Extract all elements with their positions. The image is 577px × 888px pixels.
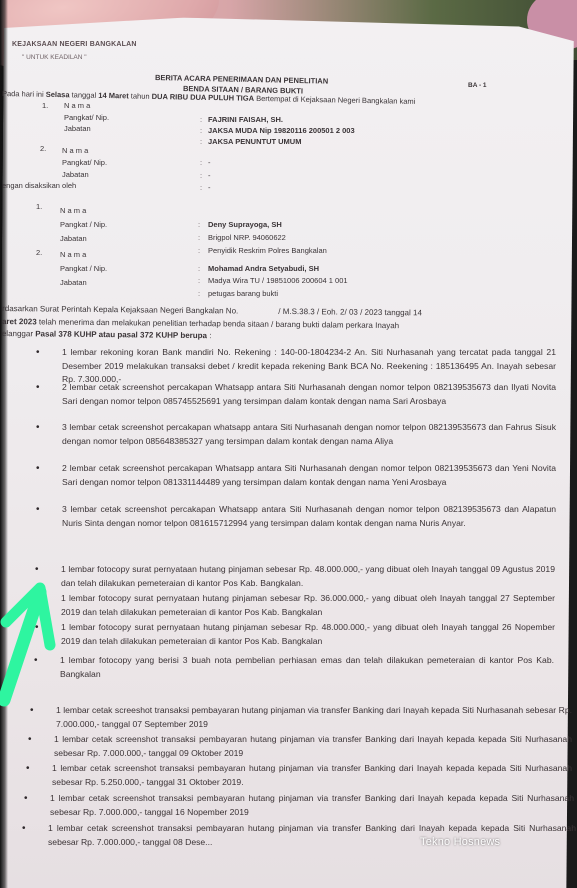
watermark: Tekno Hosnews (420, 836, 500, 848)
form-code: BA - 1 (468, 82, 487, 89)
evidence-item: •1 lembar cetak screenshot transaksi pem… (54, 733, 572, 760)
year: DUA RIBU DUA PULUH TIGA (152, 92, 255, 103)
official-1-position: JAKSA PENUNTUT UMUM (208, 137, 301, 146)
evidence-item: •1 lembar fotocopy surat pernyataan huta… (61, 621, 555, 648)
document-title: BERITA ACARA PENERIMAAN DAN PENELITIAN (155, 73, 328, 86)
bullet-icon: • (28, 733, 32, 747)
institution-name: KEJAKSAAN NEGERI BANGKALAN (12, 41, 137, 48)
evidence-item: •1 lembar fotocopy yang berisi 3 buah no… (60, 654, 554, 681)
evidence-item: •1 lembar fotocopy surat pernyataan huta… (61, 563, 555, 590)
bullet-icon: • (36, 462, 40, 476)
basis-paragraph: rdasarkan Surat Perintah Kepala Kejaksaa… (2, 303, 562, 346)
bullet-icon: • (36, 381, 40, 395)
bullet-icon: • (35, 563, 39, 577)
evidence-item: 1 lembar fotocopy surat pernyataan hutan… (61, 592, 555, 619)
day: Selasa (46, 90, 70, 99)
document: KEJAKSAAN NEGERI BANGKALAN " UNTUK KEADI… (0, 0, 577, 888)
bullet-icon: • (26, 762, 30, 776)
evidence-item: •1 lembar cetak screeshot transaksi pemb… (56, 704, 572, 731)
evidence-item: •2 lembar cetak screenshot percakapan Wh… (62, 381, 556, 408)
bullet-icon: • (22, 822, 26, 836)
witness-1-name: Deny Suprayoga, SH (208, 220, 282, 229)
official-1-name: FAJRINI FAISAH, SH. (208, 115, 283, 124)
evidence-item: •2 lembar cetak screenshot percakapan Wh… (62, 462, 556, 489)
evidence-item: •1 lembar cetak screenshot transaksi pem… (50, 792, 574, 819)
date: 14 Maret (98, 91, 129, 101)
bullet-icon: • (36, 503, 40, 517)
bullet-icon: • (34, 654, 38, 668)
bullet-icon: • (36, 346, 40, 360)
evidence-item: •3 lembar cetak screenshot percakapan Wh… (62, 503, 556, 530)
evidence-item: •3 lembar cetak screenshot percakapan wh… (62, 421, 556, 448)
witness-2-name: Mohamad Andra Setyabudi, SH (208, 264, 319, 273)
bullet-icon: • (24, 792, 28, 806)
bullet-icon: • (30, 704, 34, 718)
bullet-icon: • (36, 421, 40, 435)
witness-2-position: petugas barang bukti (208, 289, 278, 298)
institution-motto: " UNTUK KEADILAN " (22, 54, 87, 61)
witness-2-nip: Madya Wira TU / 19851006 200604 1 001 (208, 276, 348, 285)
evidence-item: •1 lembar cetak screenshot transaksi pem… (52, 762, 572, 789)
witness-1-nrp: Brigpol NRP. 94060622 (208, 233, 286, 242)
bullet-icon: • (35, 621, 39, 635)
official-1-nip: JAKSA MUDA Nip 19820116 200501 2 003 (208, 126, 355, 135)
witness-intro: engan disaksikan oleh (2, 181, 76, 190)
green-arrow-annotation (0, 570, 60, 710)
witness-1-position: Penyidik Reskrim Polres Bangkalan (208, 246, 327, 255)
